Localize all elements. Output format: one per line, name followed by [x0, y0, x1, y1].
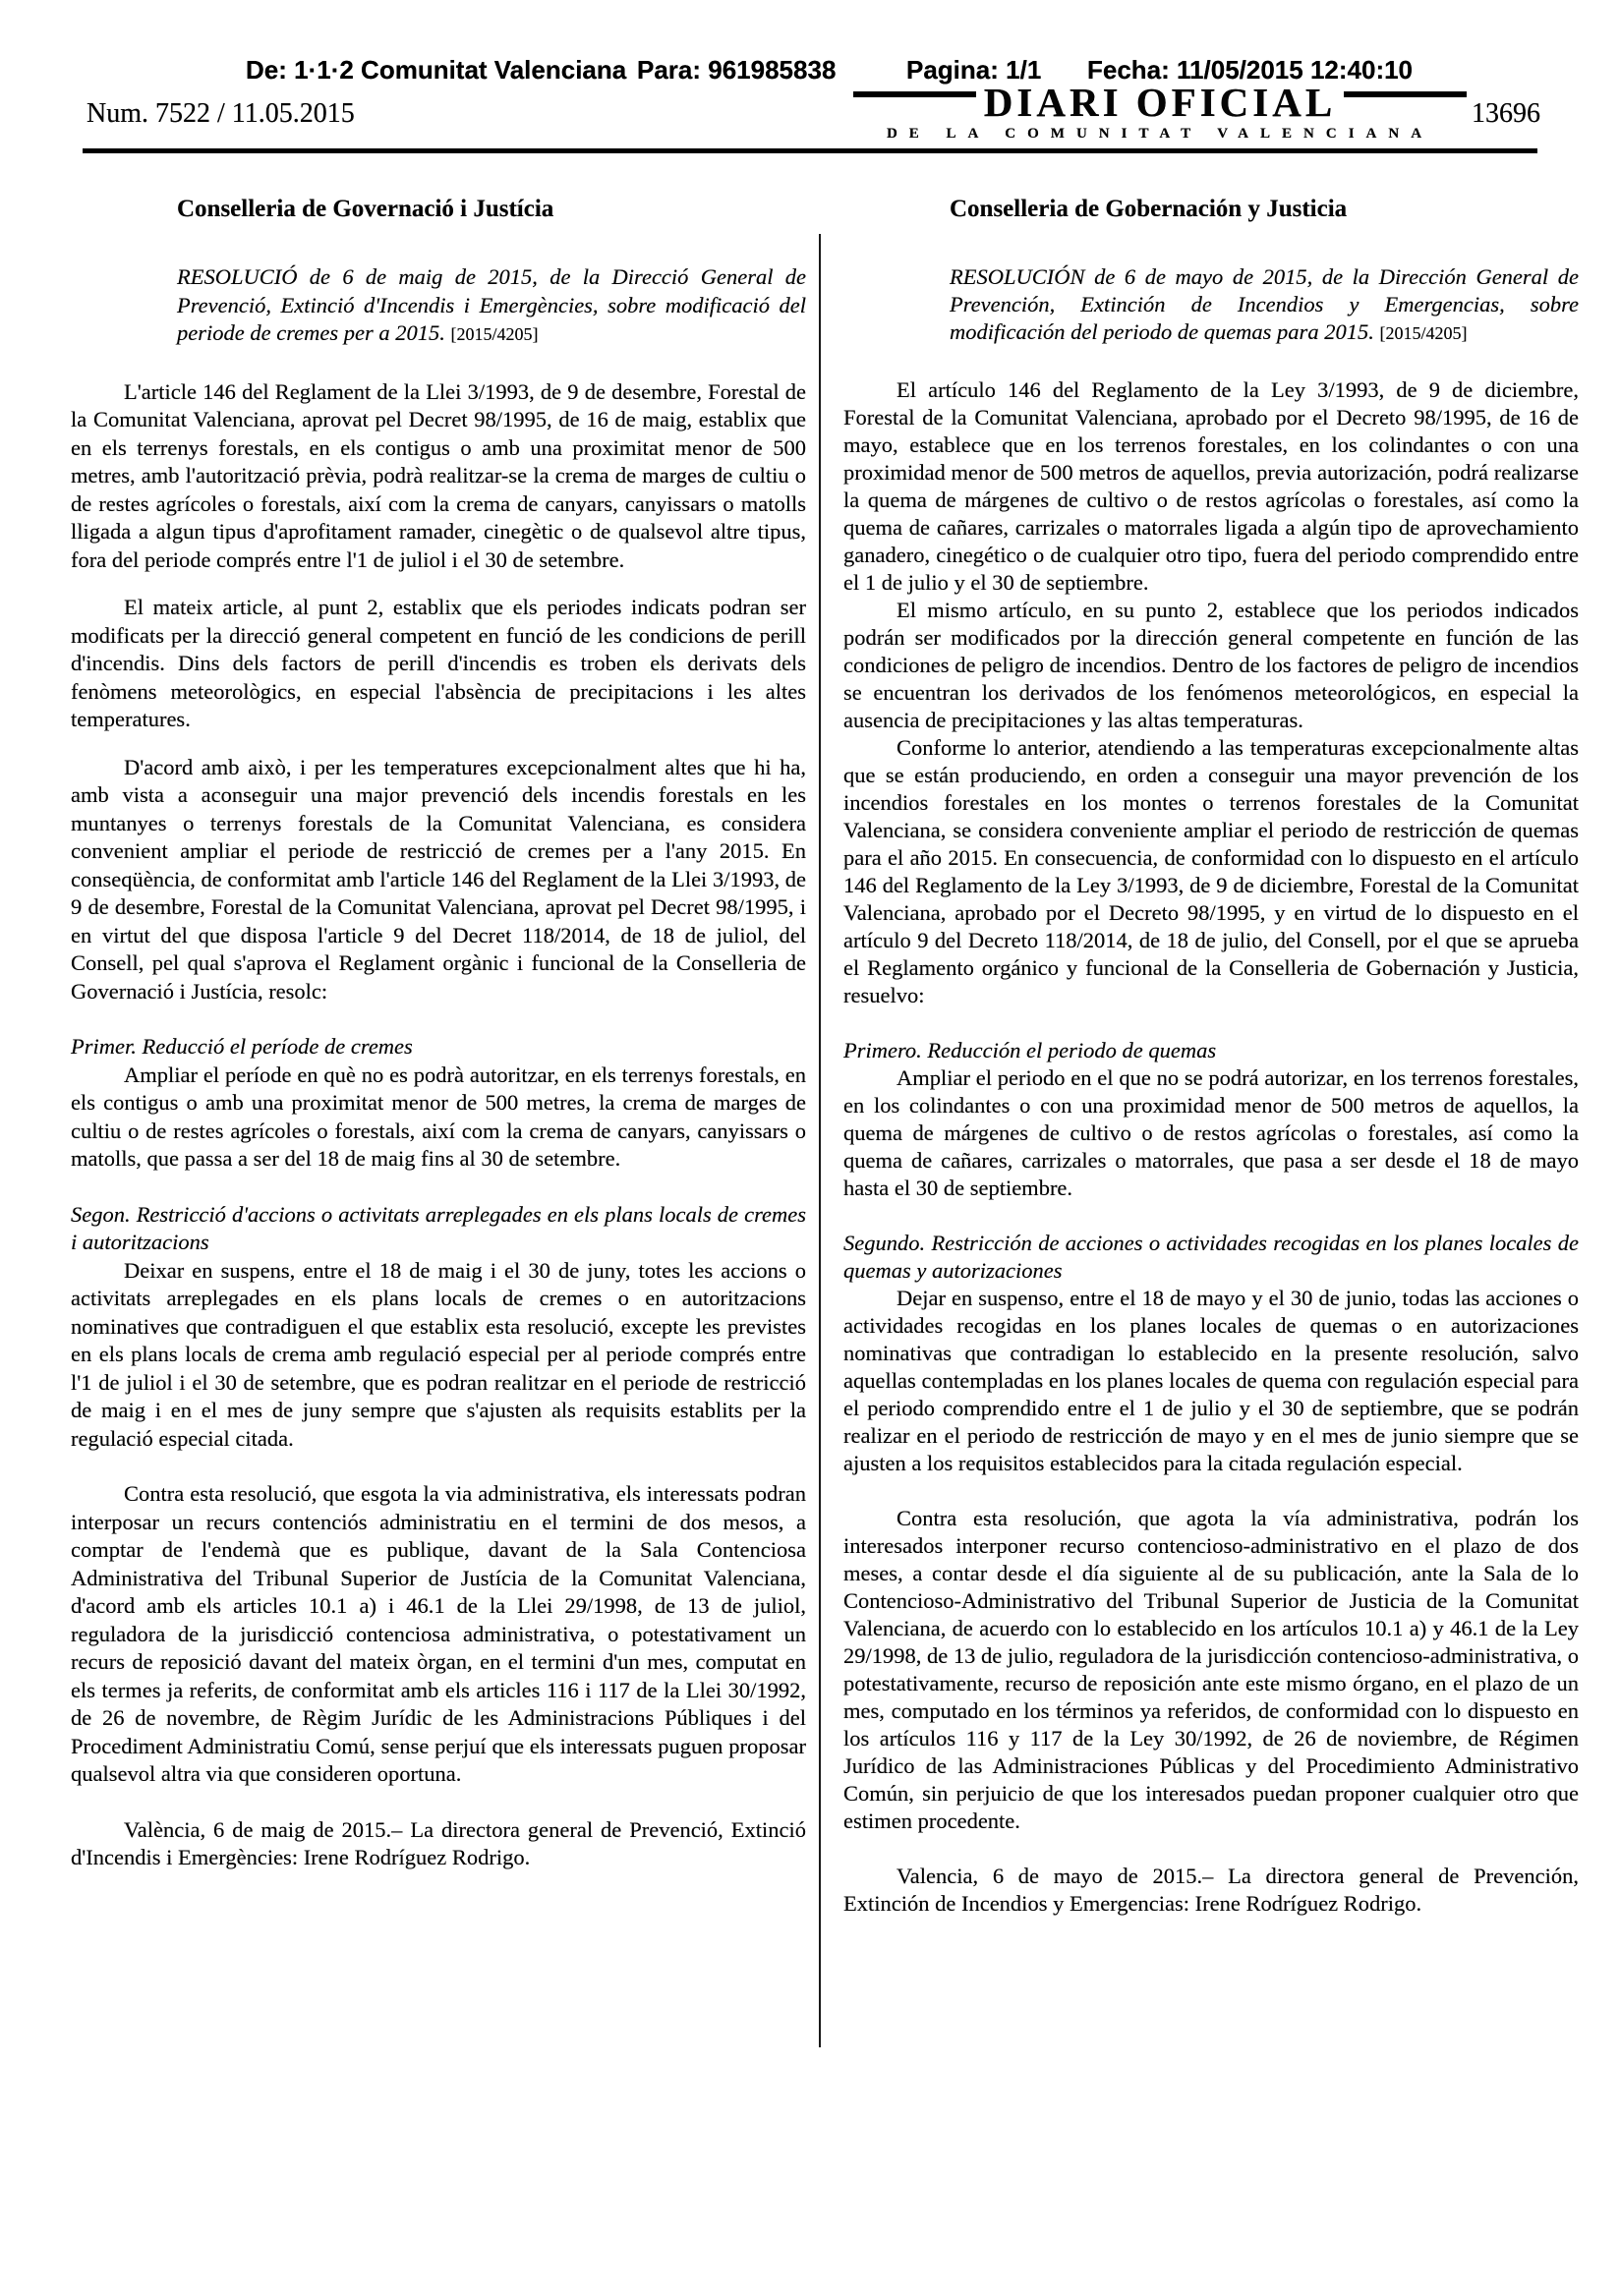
header-rule [83, 148, 1537, 153]
diari-oficial-logo: DIARI OFICIAL DE LA COMUNITAT VALENCIANA [853, 81, 1467, 143]
logo-right-rule [1344, 91, 1467, 97]
body-paragraph: Contra esta resolució, que esgota la via… [71, 1480, 806, 1789]
logo-left-rule [853, 91, 976, 97]
body-paragraph: Valencia, 6 de mayo de 2015.– La directo… [843, 1863, 1579, 1918]
body-paragraph: Deixar en suspens, entre el 18 de maig i… [71, 1257, 806, 1454]
resolution-ref-es: [2015/4205] [1379, 323, 1467, 343]
logo-title: DIARI OFICIAL [976, 81, 1344, 124]
column-valencian: Conselleria de Governació i Justícia RES… [71, 195, 806, 1872]
logo-subtitle: DE LA COMUNITAT VALENCIANA [853, 126, 1467, 143]
section-heading: Primero. Reducción el periodo de quemas [843, 1037, 1579, 1064]
fax-from-label: De: 1·1·2 Comunitat Valenciana [246, 55, 626, 86]
conselleria-title-es: Conselleria de Gobernación y Justicia [950, 195, 1579, 224]
body-paragraph: Dejar en suspenso, entre el 18 de mayo y… [843, 1285, 1579, 1477]
body-paragraph: L'article 146 del Reglament de la Llei 3… [71, 378, 806, 575]
body-paragraph: D'acord amb això, i per les temperatures… [71, 754, 806, 1006]
column-spanish: Conselleria de Gobernación y Justicia RE… [843, 195, 1579, 1918]
body-paragraph: El artículo 146 del Reglamento de la Ley… [843, 376, 1579, 597]
resolution-body-va: L'article 146 del Reglament de la Llei 3… [71, 378, 806, 1872]
issue-number: Num. 7522 / 11.05.2015 [87, 98, 355, 130]
section-heading: Segundo. Restricción de acciones o activ… [843, 1230, 1579, 1285]
body-paragraph: El mateix article, al punt 2, establix q… [71, 594, 806, 734]
body-paragraph: Ampliar el periodo en el que no se podrá… [843, 1064, 1579, 1202]
body-paragraph: Ampliar el període en què no es podrà au… [71, 1062, 806, 1174]
section-heading: Primer. Reducció el període de cremes [71, 1033, 806, 1062]
fax-to-label: Para: 961985838 [637, 55, 836, 86]
resolution-ref-va: [2015/4205] [450, 324, 538, 344]
body-paragraph: El mismo artículo, en su punto 2, establ… [843, 597, 1579, 734]
logo-title-row: DIARI OFICIAL [853, 81, 1467, 124]
section-heading: Segon. Restricció d'accions o activitats… [71, 1201, 806, 1257]
gazette-fax-page: De: 1·1·2 Comunitat Valenciana Para: 961… [0, 0, 1620, 2296]
body-paragraph: Contra esta resolución, que agota la vía… [843, 1505, 1579, 1835]
resolution-body-es: El artículo 146 del Reglamento de la Ley… [843, 376, 1579, 1918]
resolution-summary-text-es: RESOLUCIÓN de 6 de mayo de 2015, de la D… [950, 264, 1579, 344]
column-divider [819, 234, 821, 2047]
conselleria-title-va: Conselleria de Governació i Justícia [177, 195, 806, 224]
resolution-summary-va: RESOLUCIÓ de 6 de maig de 2015, de la Di… [177, 263, 806, 349]
resolution-summary-es: RESOLUCIÓN de 6 de mayo de 2015, de la D… [950, 263, 1579, 347]
page-number: 13696 [1472, 98, 1540, 130]
body-paragraph: València, 6 de maig de 2015.– La directo… [71, 1816, 806, 1872]
body-paragraph: Conforme lo anterior, atendiendo a las t… [843, 734, 1579, 1009]
